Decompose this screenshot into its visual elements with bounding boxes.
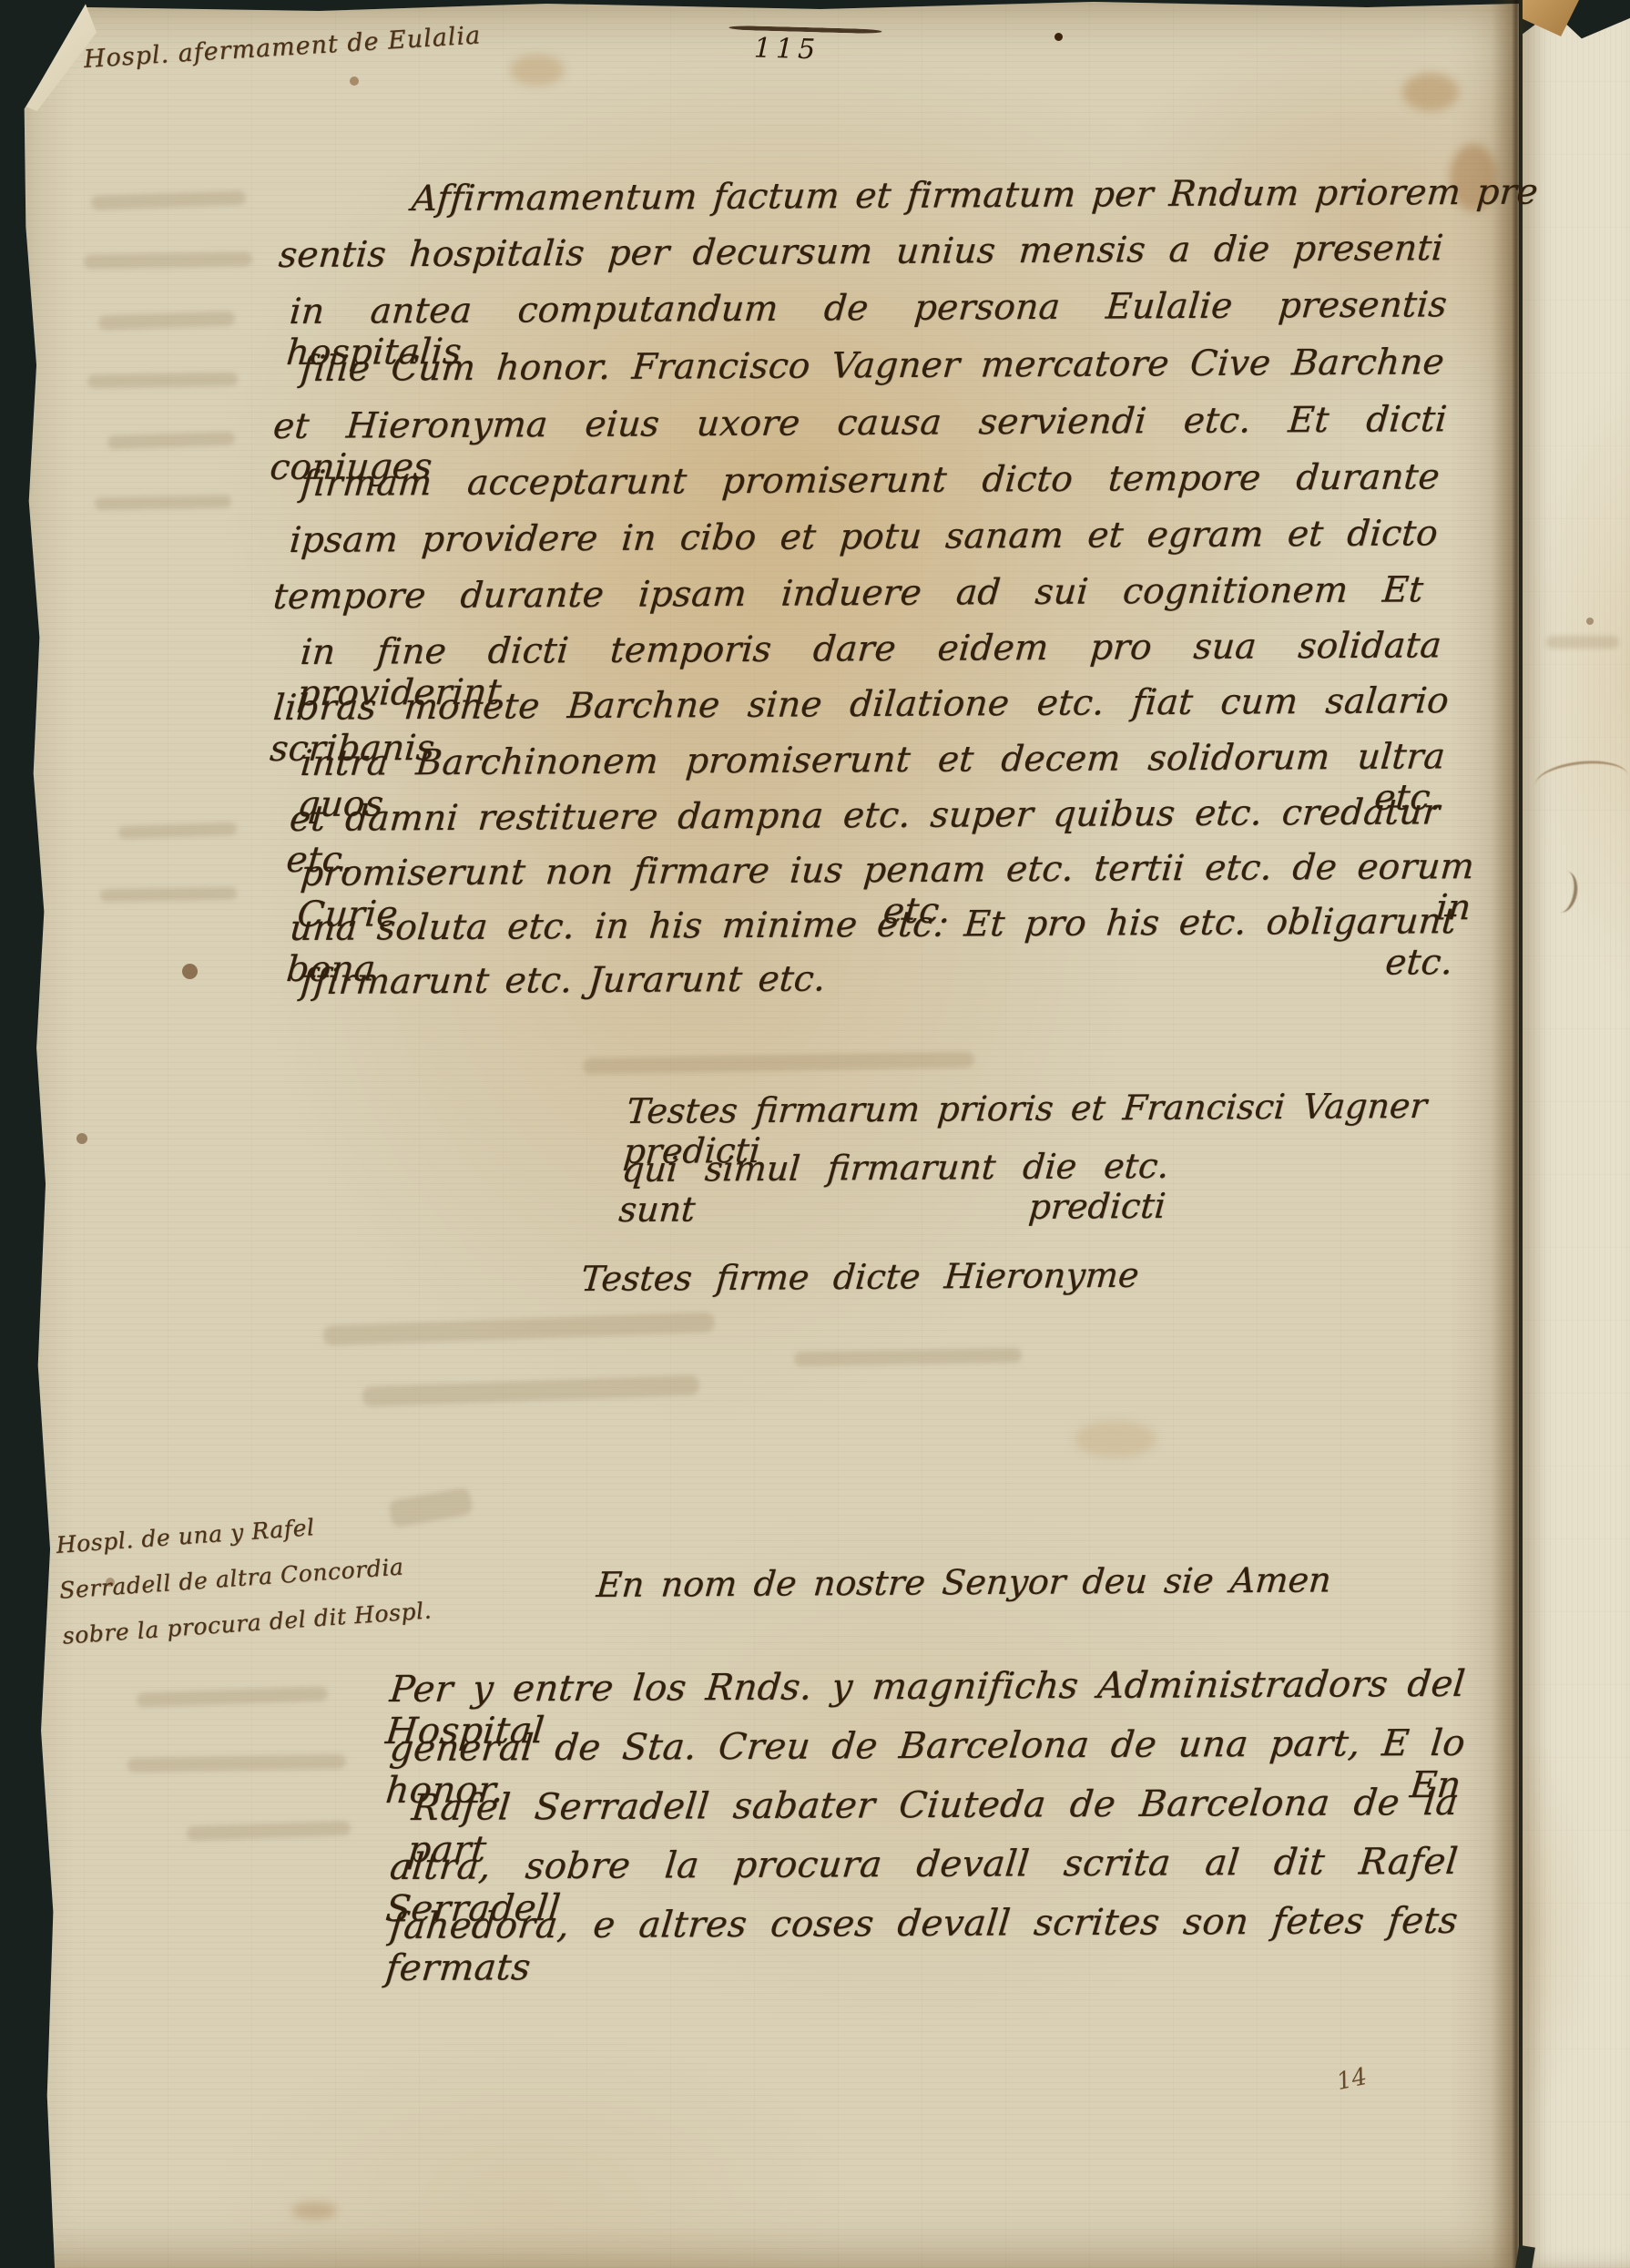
margin-note-bottom: Hospl. de una y Rafel Serradell de altra…	[55, 1497, 433, 1660]
manuscript-line: et Hieronyma eius uxore causa serviendi …	[271, 399, 1449, 452]
invocation-line: En nom de nostre Senyor deu sie Amen	[595, 1559, 1332, 1609]
show-through-smudge	[100, 887, 237, 903]
manuscript-line: Per y entre los Rnds. y magnifichs Admin…	[387, 1663, 1467, 1716]
manuscript-line: promiserunt non firmare ius penam etc. t…	[299, 846, 1476, 899]
page-shadow	[1515, 2245, 1535, 2268]
show-through-smudge	[1546, 636, 1619, 649]
manuscript-line: in fine dicti temporis dare eidem pro su…	[299, 625, 1443, 678]
folio-number-text: 115	[728, 32, 881, 67]
manuscript-line: Rafel Serradell sabater Ciuteda de Barce…	[409, 1782, 1460, 1834]
witness-line: Testes firmarum prioris et Francisci Vag…	[625, 1086, 1428, 1135]
manuscript-line: sentis hospitalis per decursum unius men…	[277, 228, 1445, 281]
manuscript-line: una soluta etc. in his minime etc. Et pr…	[288, 901, 1458, 954]
witness-line: qui simul firmarunt die etc. sunt predic…	[620, 1146, 1170, 1193]
show-through-smudge	[95, 495, 231, 511]
ink-spot	[350, 77, 359, 86]
ink-spot	[1586, 618, 1594, 625]
manuscript-line: general de Sta. Creu de Barcelona de una…	[387, 1722, 1467, 1775]
manuscript-line: libras monete Barchne sine dilatione etc…	[271, 680, 1451, 733]
manuscript-line: tempore durante ipsam induere ad sui cog…	[271, 569, 1425, 622]
manuscript-line: fahedora, e altres coses devall scrites …	[387, 1900, 1460, 1953]
witness-line: Testes firme dicte Hieronyme	[579, 1255, 1140, 1303]
paper-stain	[291, 2202, 337, 2219]
paper-stain	[1075, 1421, 1156, 1457]
paper-stain	[1402, 73, 1459, 111]
manuscript-line: Affirmamentum factum et firmatum per Rnd…	[410, 173, 1378, 224]
show-through-smudge	[87, 373, 238, 389]
facing-page-edge	[1523, 0, 1630, 2268]
manuscript-scan: 115 Hospl. afermament de Eulalia Affirma…	[0, 0, 1630, 2268]
ink-spot	[76, 1133, 87, 1144]
manuscript-line: altra, sobre la procura devall scrita al…	[387, 1841, 1460, 1894]
manuscript-line: firmam acceptarunt promiserunt dicto tem…	[299, 456, 1442, 509]
manuscript-line: ffirmarunt etc. Jurarunt etc.	[299, 958, 827, 1007]
paper-stain	[510, 55, 565, 86]
folio-number: 115	[728, 26, 881, 67]
manuscript-line: intra Barchinonem promiserunt et decem s…	[299, 736, 1447, 789]
ink-spot	[1054, 33, 1063, 41]
manuscript-line: filie Cum honor. Francisco Vagner mercat…	[299, 342, 1446, 394]
manuscript-line: in antea computandum de persona Eulalie …	[288, 284, 1449, 337]
manuscript-line: et damni restituere dampna etc. super qu…	[288, 792, 1442, 844]
show-through-smudge	[84, 251, 252, 269]
ink-spot	[182, 964, 198, 979]
manuscript-line: ipsam providere in cibo et potu sanam et…	[288, 513, 1440, 566]
